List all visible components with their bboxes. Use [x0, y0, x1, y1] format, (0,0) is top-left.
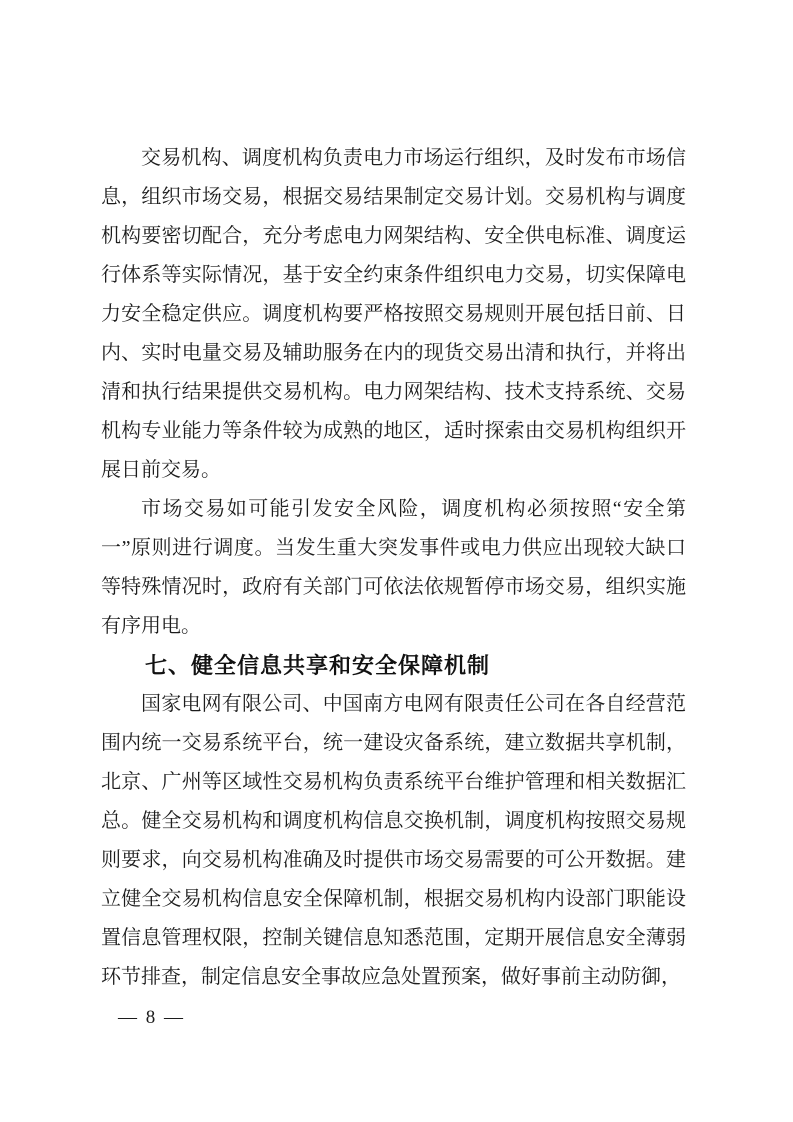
- page-number: — 8 —: [118, 1007, 185, 1028]
- paragraph-trading-dispatch-organization: 交易机构、调度机构负责电力市场运行组织，及时发布市场信息，组织市场交易，根据交易…: [101, 139, 686, 490]
- section-heading-seven: 七、健全信息共享和安全保障机制: [101, 646, 686, 685]
- paragraph-market-risk-safety: 市场交易如可能引发安全风险，调度机构必须按照“安全第一”原则进行调度。当发生重大…: [101, 490, 686, 646]
- paragraph-information-sharing-security: 国家电网有限公司、中国南方电网有限责任公司在各自经营范围内统一交易系统平台，统一…: [101, 685, 686, 997]
- page-footer: — 8 —: [101, 1005, 686, 1031]
- document-page: 交易机构、调度机构负责电力市场运行组织，及时发布市场信息，组织市场交易，根据交易…: [0, 0, 793, 1122]
